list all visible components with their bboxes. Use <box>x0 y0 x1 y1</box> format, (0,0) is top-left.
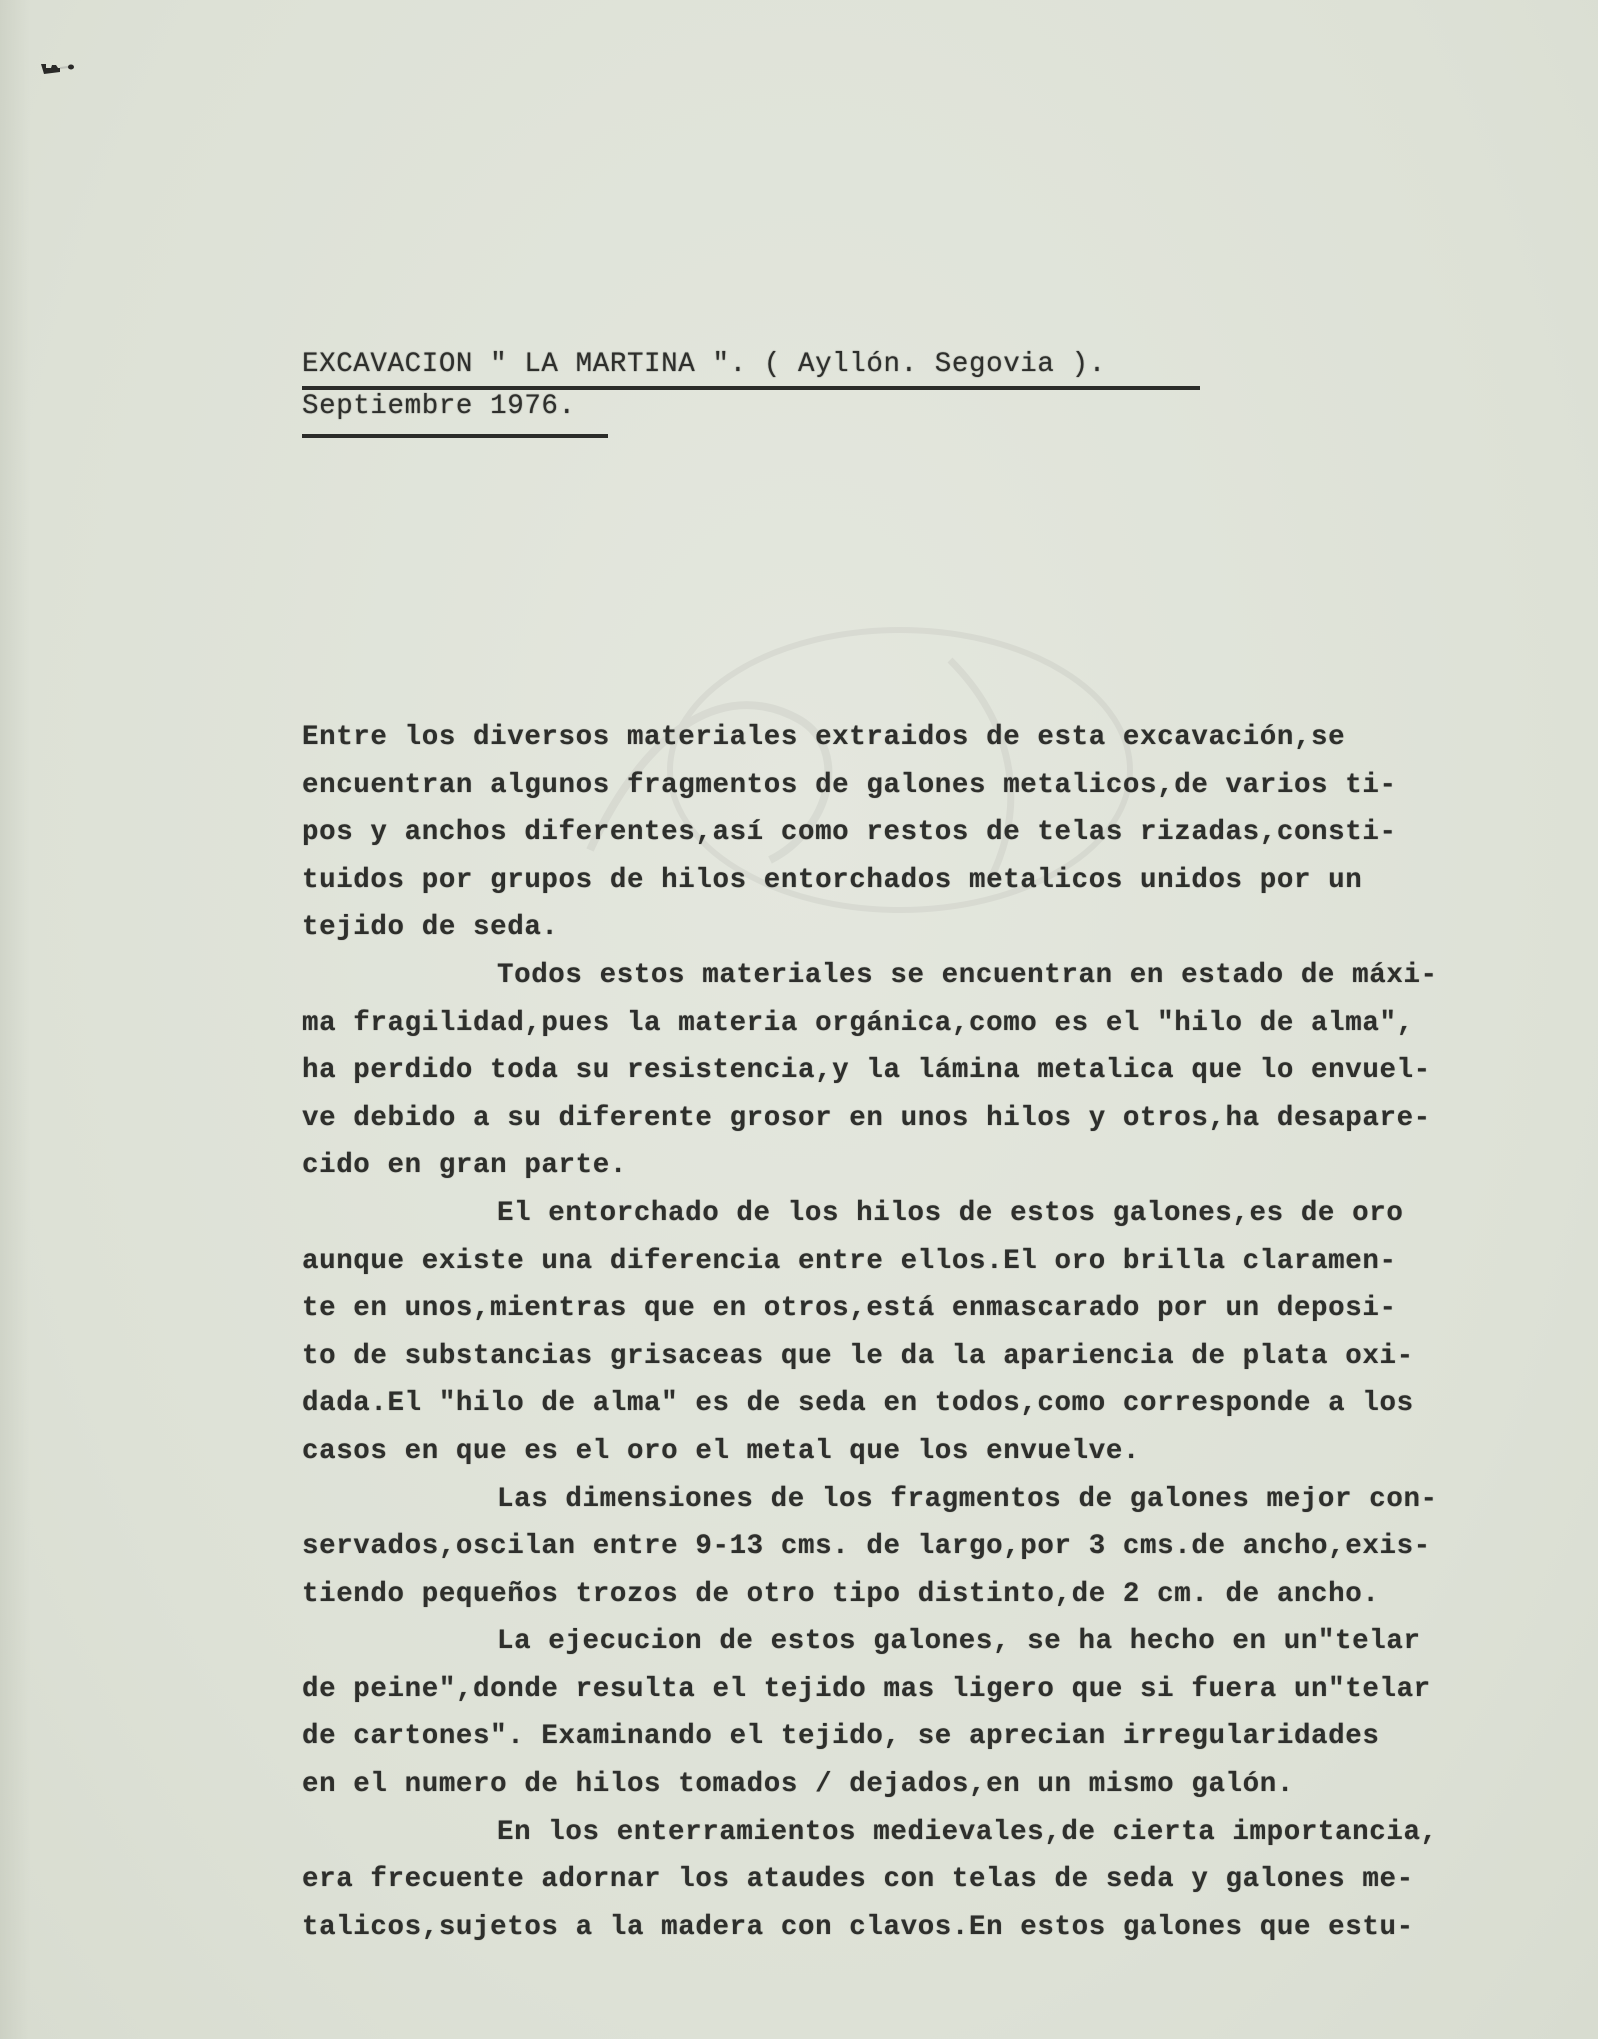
text-line: te en unos,mientras que en otros,está en… <box>302 1285 1592 1333</box>
text-line: tiendo pequeños trozos de otro tipo dist… <box>302 1571 1592 1619</box>
text-line: de cartones". Examinando el tejido, se a… <box>302 1713 1592 1761</box>
text-line: pos y anchos diferentes,así como restos … <box>302 809 1592 857</box>
text-line: talicos,sujetos a la madera con clavos.E… <box>302 1904 1592 1952</box>
ink-blot-mark <box>40 62 76 76</box>
paragraph: Entre los diversos materiales extraidos … <box>302 714 1592 952</box>
text-line: cido en gran parte. <box>302 1142 1592 1190</box>
paragraph: En los enterramientos medievales,de cier… <box>302 1809 1592 1952</box>
document-heading: EXCAVACION " LA MARTINA ". ( Ayllón. Seg… <box>302 348 1200 438</box>
document-body: Entre los diversos materiales extraidos … <box>302 714 1592 1951</box>
text-line: ve debido a su diferente grosor en unos … <box>302 1095 1592 1143</box>
paragraph: Todos estos materiales se encuentran en … <box>302 952 1592 1190</box>
text-line: ma fragilidad,pues la materia orgánica,c… <box>302 1000 1592 1048</box>
text-line: El entorchado de los hilos de estos galo… <box>302 1190 1592 1238</box>
text-line: aunque existe una diferencia entre ellos… <box>302 1238 1592 1286</box>
paragraph: La ejecucion de estos galones, se ha hec… <box>302 1618 1592 1808</box>
text-line: to de substancias grisaceas que le da la… <box>302 1333 1592 1381</box>
text-line: Todos estos materiales se encuentran en … <box>302 952 1592 1000</box>
text-line: ha perdido toda su resistencia,y la lámi… <box>302 1047 1592 1095</box>
text-line: Las dimensiones de los fragmentos de gal… <box>302 1476 1592 1524</box>
date-underline <box>302 434 608 438</box>
text-line: en el numero de hilos tomados / dejados,… <box>302 1761 1592 1809</box>
paragraph: Las dimensiones de los fragmentos de gal… <box>302 1476 1592 1619</box>
paragraph: El entorchado de los hilos de estos galo… <box>302 1190 1592 1476</box>
text-line: servados,oscilan entre 9-13 cms. de larg… <box>302 1523 1592 1571</box>
text-line: era frecuente adornar los ataudes con te… <box>302 1856 1592 1904</box>
scanned-page: EXCAVACION " LA MARTINA ". ( Ayllón. Seg… <box>0 0 1598 2039</box>
text-line: casos en que es el oro el metal que los … <box>302 1428 1592 1476</box>
text-line: En los enterramientos medievales,de cier… <box>302 1809 1592 1857</box>
text-line: encuentran algunos fragmentos de galones… <box>302 762 1592 810</box>
document-date: Septiembre 1976. <box>302 390 1200 424</box>
text-line: tuidos por grupos de hilos entorchados m… <box>302 857 1592 905</box>
text-line: tejido de seda. <box>302 904 1592 952</box>
text-line: La ejecucion de estos galones, se ha hec… <box>302 1618 1592 1666</box>
text-line: dada.El "hilo de alma" es de seda en tod… <box>302 1380 1592 1428</box>
text-line: de peine",donde resulta el tejido mas li… <box>302 1666 1592 1714</box>
text-line: Entre los diversos materiales extraidos … <box>302 714 1592 762</box>
document-title: EXCAVACION " LA MARTINA ". ( Ayllón. Seg… <box>302 348 1200 382</box>
